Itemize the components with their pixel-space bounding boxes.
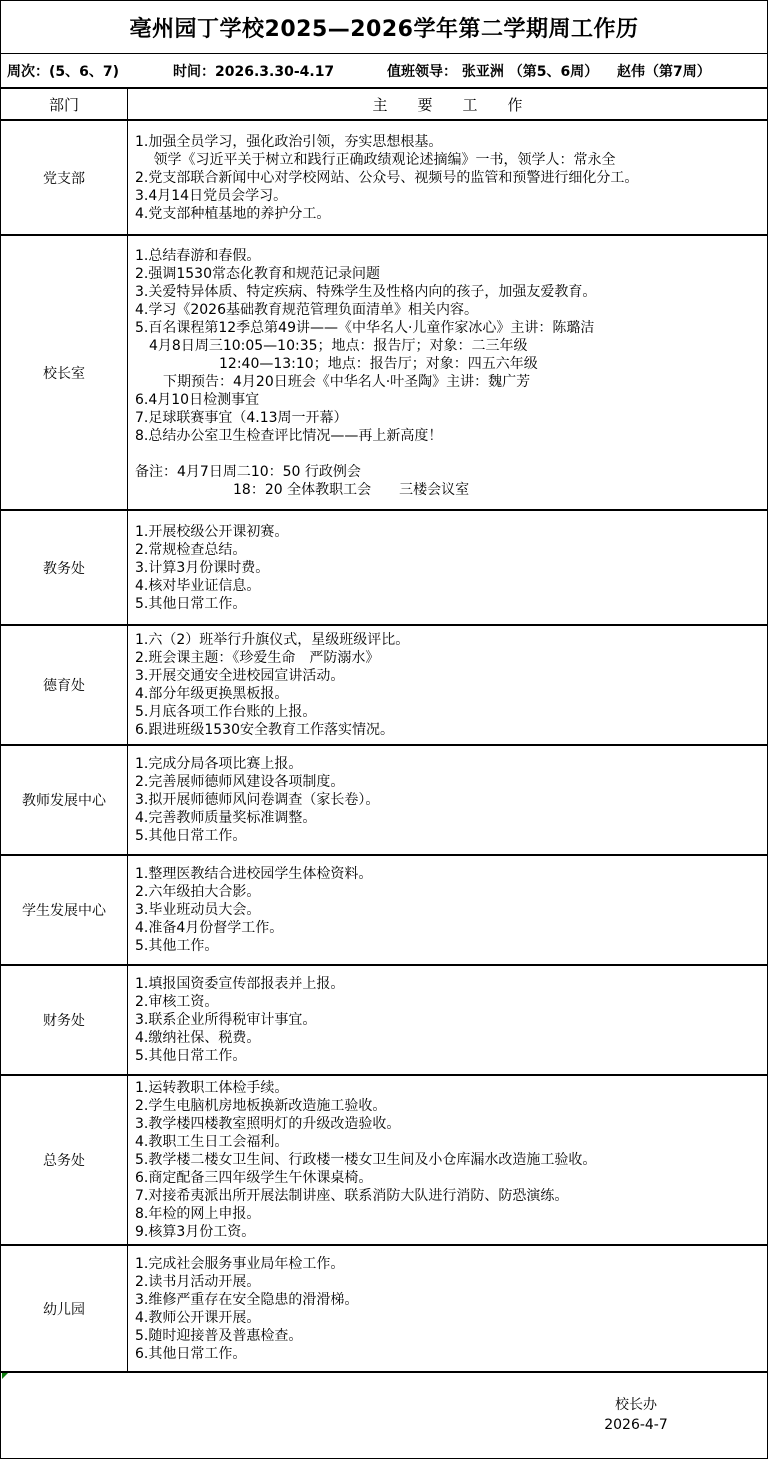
table-row: 教务处 1.开展校级公开课初赛。2.常规检查总结。3.计算3月份课时费。4.核对…	[1, 511, 767, 626]
work-line: 2.六年级拍大合影。	[135, 883, 763, 901]
work-line: 6.4月10日检测事宜	[135, 391, 763, 409]
work-line: 3.教学楼四楼教室照明灯的升级改造验收。	[135, 1115, 763, 1133]
table-row: 财务处 1.填报国资委宣传部报表并上报。2.审核工资。3.联系企业所得税审计事宜…	[1, 966, 767, 1076]
work-line: 3.拟开展师德师风问卷调查（家长卷）。	[135, 791, 763, 809]
work-line: 6.跟进班级1530安全教育工作落实情况。	[135, 721, 763, 739]
dept-cell: 党支部	[1, 121, 128, 234]
cell-error-indicator-icon	[2, 1373, 8, 1379]
work-line: 备注：4月7日周二10：50 行政例会	[135, 463, 763, 481]
table-row: 德育处 1.六（2）班举行升旗仪式，星级班级评比。2.班会课主题：《珍爱生命 严…	[1, 626, 767, 746]
signature-date: 2026-4-7	[521, 1415, 751, 1435]
work-line: 6.其他日常工作。	[135, 1345, 763, 1363]
work-line: 3.毕业班动员大会。	[135, 901, 763, 919]
time-range-label: 时间：2026.3.30-4.17	[173, 61, 334, 81]
work-cell: 1.总结春游和春假。2.强调1530常态化教育和规范记录问题3.关爱特异体质、特…	[128, 236, 767, 509]
work-line: 4.教职工生日工会福利。	[135, 1133, 763, 1151]
table-row: 学生发展中心 1.整理医教结合进校园学生体检资料。2.六年级拍大合影。3.毕业班…	[1, 856, 767, 966]
work-line: 1.六（2）班举行升旗仪式，星级班级评比。	[135, 631, 763, 649]
work-cell: 1.加强全员学习，强化政治引领，夯实思想根基。 领学《习近平关于树立和践行正确政…	[128, 121, 767, 234]
work-cell: 1.完成社会服务事业局年检工作。2.读书月活动开展。3.维修严重存在安全隐患的滑…	[128, 1246, 767, 1371]
footer-cell: 校长办 2026-4-7	[1, 1373, 767, 1458]
work-cell: 1.运转教职工体检手续。2.学生电脑机房地板换新改造施工验收。3.教学楼四楼教室…	[128, 1076, 767, 1244]
work-line: 7.足球联赛事宜（4.13周一开幕）	[135, 409, 763, 427]
work-line: 5.其他工作。	[135, 937, 763, 955]
work-line: 2.班会课主题：《珍爱生命 严防溺水》	[135, 649, 763, 667]
work-line: 2.完善展师德师风建设各项制度。	[135, 773, 763, 791]
table-row: 教师发展中心 1.完成分局各项比赛上报。2.完善展师德师风建设各项制度。3.拟开…	[1, 746, 767, 856]
work-line: 1.完成社会服务事业局年检工作。	[135, 1255, 763, 1273]
work-line: 4月8日周三10:05—10:35；地点：报告厅；对象：二三年级	[135, 337, 763, 355]
work-line: 5.教学楼二楼女卫生间、行政楼一楼女卫生间及小仓库漏水改造施工验收。	[135, 1151, 763, 1169]
work-line: 7.对接希夷派出所开展法制讲座、联系消防大队进行消防、防恐演练。	[135, 1187, 763, 1205]
work-line: 2.常规检查总结。	[135, 541, 763, 559]
work-line: 5.月底各项工作台账的上报。	[135, 703, 763, 721]
work-line: 5.其他日常工作。	[135, 595, 763, 613]
work-line: 4.缴纳社保、税费。	[135, 1029, 763, 1047]
work-line: 4.学习《2026基础教育规范管理负面清单》相关内容。	[135, 301, 763, 319]
work-line	[135, 445, 763, 463]
dept-cell: 幼儿园	[1, 1246, 128, 1371]
duty-leader-label: 值班领导： 张亚洲 （第5、6周）	[387, 61, 598, 81]
dept-cell: 教师发展中心	[1, 746, 128, 854]
work-line: 1.完成分局各项比赛上报。	[135, 755, 763, 773]
work-line: 4.准备4月份督学工作。	[135, 919, 763, 937]
work-line: 3.关爱特异体质、特定疾病、特殊学生及性格内向的孩子，加强友爱教育。	[135, 283, 763, 301]
work-cell: 1.六（2）班举行升旗仪式，星级班级评比。2.班会课主题：《珍爱生命 严防溺水》…	[128, 626, 767, 744]
work-line: 2.读书月活动开展。	[135, 1273, 763, 1291]
work-cell: 1.完成分局各项比赛上报。2.完善展师德师风建设各项制度。3.拟开展师德师风问卷…	[128, 746, 767, 854]
work-line: 1.整理医教结合进校园学生体检资料。	[135, 865, 763, 883]
work-line: 5.其他日常工作。	[135, 827, 763, 845]
dept-cell: 教务处	[1, 511, 128, 624]
work-line: 4.完善教师质量奖标准调整。	[135, 809, 763, 827]
work-line: 1.总结春游和春假。	[135, 247, 763, 265]
dept-cell: 财务处	[1, 966, 128, 1074]
dept-cell: 德育处	[1, 626, 128, 744]
header-work: 主 要 工 作	[128, 89, 767, 119]
work-line: 下期预告：4月20日班会《中华名人·叶圣陶》主讲：魏广芳	[135, 373, 763, 391]
work-line: 3.联系企业所得税审计事宜。	[135, 1011, 763, 1029]
week-number-label: 周次：(5、6、7)	[7, 61, 119, 81]
work-line: 8.年检的网上申报。	[135, 1205, 763, 1223]
work-line: 12:40—13:10；地点：报告厅；对象：四五六年级	[135, 355, 763, 373]
work-cell: 1.填报国资委宣传部报表并上报。2.审核工资。3.联系企业所得税审计事宜。4.缴…	[128, 966, 767, 1074]
work-calendar-sheet: 亳州园丁学校2025—2026学年第二学期周工作历 周次：(5、6、7) 时间：…	[0, 0, 768, 1459]
work-line: 1.加强全员学习，强化政治引领，夯实思想根基。	[135, 133, 763, 151]
table-header-row: 部门 主 要 工 作	[1, 89, 767, 121]
work-line: 8.总结办公室卫生检查评比情况——再上新高度！	[135, 427, 763, 445]
work-line: 2.学生电脑机房地板换新改造施工验收。	[135, 1097, 763, 1115]
work-line: 1.开展校级公开课初赛。	[135, 523, 763, 541]
page-title: 亳州园丁学校2025—2026学年第二学期周工作历	[1, 1, 767, 53]
table-row: 校长室 1.总结春游和春假。2.强调1530常态化教育和规范记录问题3.关爱特异…	[1, 236, 767, 511]
work-line: 2.党支部联合新闻中心对学校网站、公众号、视频号的监管和预警进行细化分工。	[135, 169, 763, 187]
work-line: 9.核算3月份工资。	[135, 1223, 763, 1241]
work-line: 2.审核工资。	[135, 993, 763, 1011]
work-line: 5.随时迎接普及普惠检查。	[135, 1327, 763, 1345]
work-line: 3.4月14日党员会学习。	[135, 187, 763, 205]
work-line: 3.维修严重存在安全隐患的滑滑梯。	[135, 1291, 763, 1309]
info-bar: 周次：(5、6、7) 时间：2026.3.30-4.17 值班领导： 张亚洲 （…	[1, 53, 767, 89]
work-line: 3.开展交通安全进校园宣讲活动。	[135, 667, 763, 685]
table-row: 总务处 1.运转教职工体检手续。2.学生电脑机房地板换新改造施工验收。3.教学楼…	[1, 1076, 767, 1246]
table-body: 党支部 1.加强全员学习，强化政治引领，夯实思想根基。 领学《习近平关于树立和践…	[1, 121, 767, 1373]
dept-cell: 学生发展中心	[1, 856, 128, 964]
work-line: 4.核对毕业证信息。	[135, 577, 763, 595]
signature-office: 校长办	[521, 1395, 751, 1415]
work-line: 4.教师公开课开展。	[135, 1309, 763, 1327]
work-line: 1.填报国资委宣传部报表并上报。	[135, 975, 763, 993]
work-line: 2.强调1530常态化教育和规范记录问题	[135, 265, 763, 283]
work-line: 5.百名课程第12季总第49讲——《中华名人·儿童作家冰心》主讲：陈璐洁	[135, 319, 763, 337]
duty-leader-label-2: 赵伟（第7周）	[617, 61, 711, 81]
dept-cell: 校长室	[1, 236, 128, 509]
table-row: 党支部 1.加强全员学习，强化政治引领，夯实思想根基。 领学《习近平关于树立和践…	[1, 121, 767, 236]
work-cell: 1.开展校级公开课初赛。2.常规检查总结。3.计算3月份课时费。4.核对毕业证信…	[128, 511, 767, 624]
table-row: 幼儿园 1.完成社会服务事业局年检工作。2.读书月活动开展。3.维修严重存在安全…	[1, 1246, 767, 1373]
work-line: 6.商定配备三四年级学生午休课桌椅。	[135, 1169, 763, 1187]
work-line: 1.运转教职工体检手续。	[135, 1079, 763, 1097]
dept-cell: 总务处	[1, 1076, 128, 1244]
work-line: 18：20 全体教职工会 三楼会议室	[135, 481, 763, 499]
signature-block: 校长办 2026-4-7	[521, 1395, 751, 1435]
header-dept: 部门	[1, 89, 128, 119]
work-line: 3.计算3月份课时费。	[135, 559, 763, 577]
work-line: 4.部分年级更换黑板报。	[135, 685, 763, 703]
work-line: 4.党支部种植基地的养护分工。	[135, 205, 763, 223]
work-line: 领学《习近平关于树立和践行正确政绩观论述摘编》一书，领学人：常永全	[135, 151, 763, 169]
work-cell: 1.整理医教结合进校园学生体检资料。2.六年级拍大合影。3.毕业班动员大会。4.…	[128, 856, 767, 964]
work-line: 5.其他日常工作。	[135, 1047, 763, 1065]
